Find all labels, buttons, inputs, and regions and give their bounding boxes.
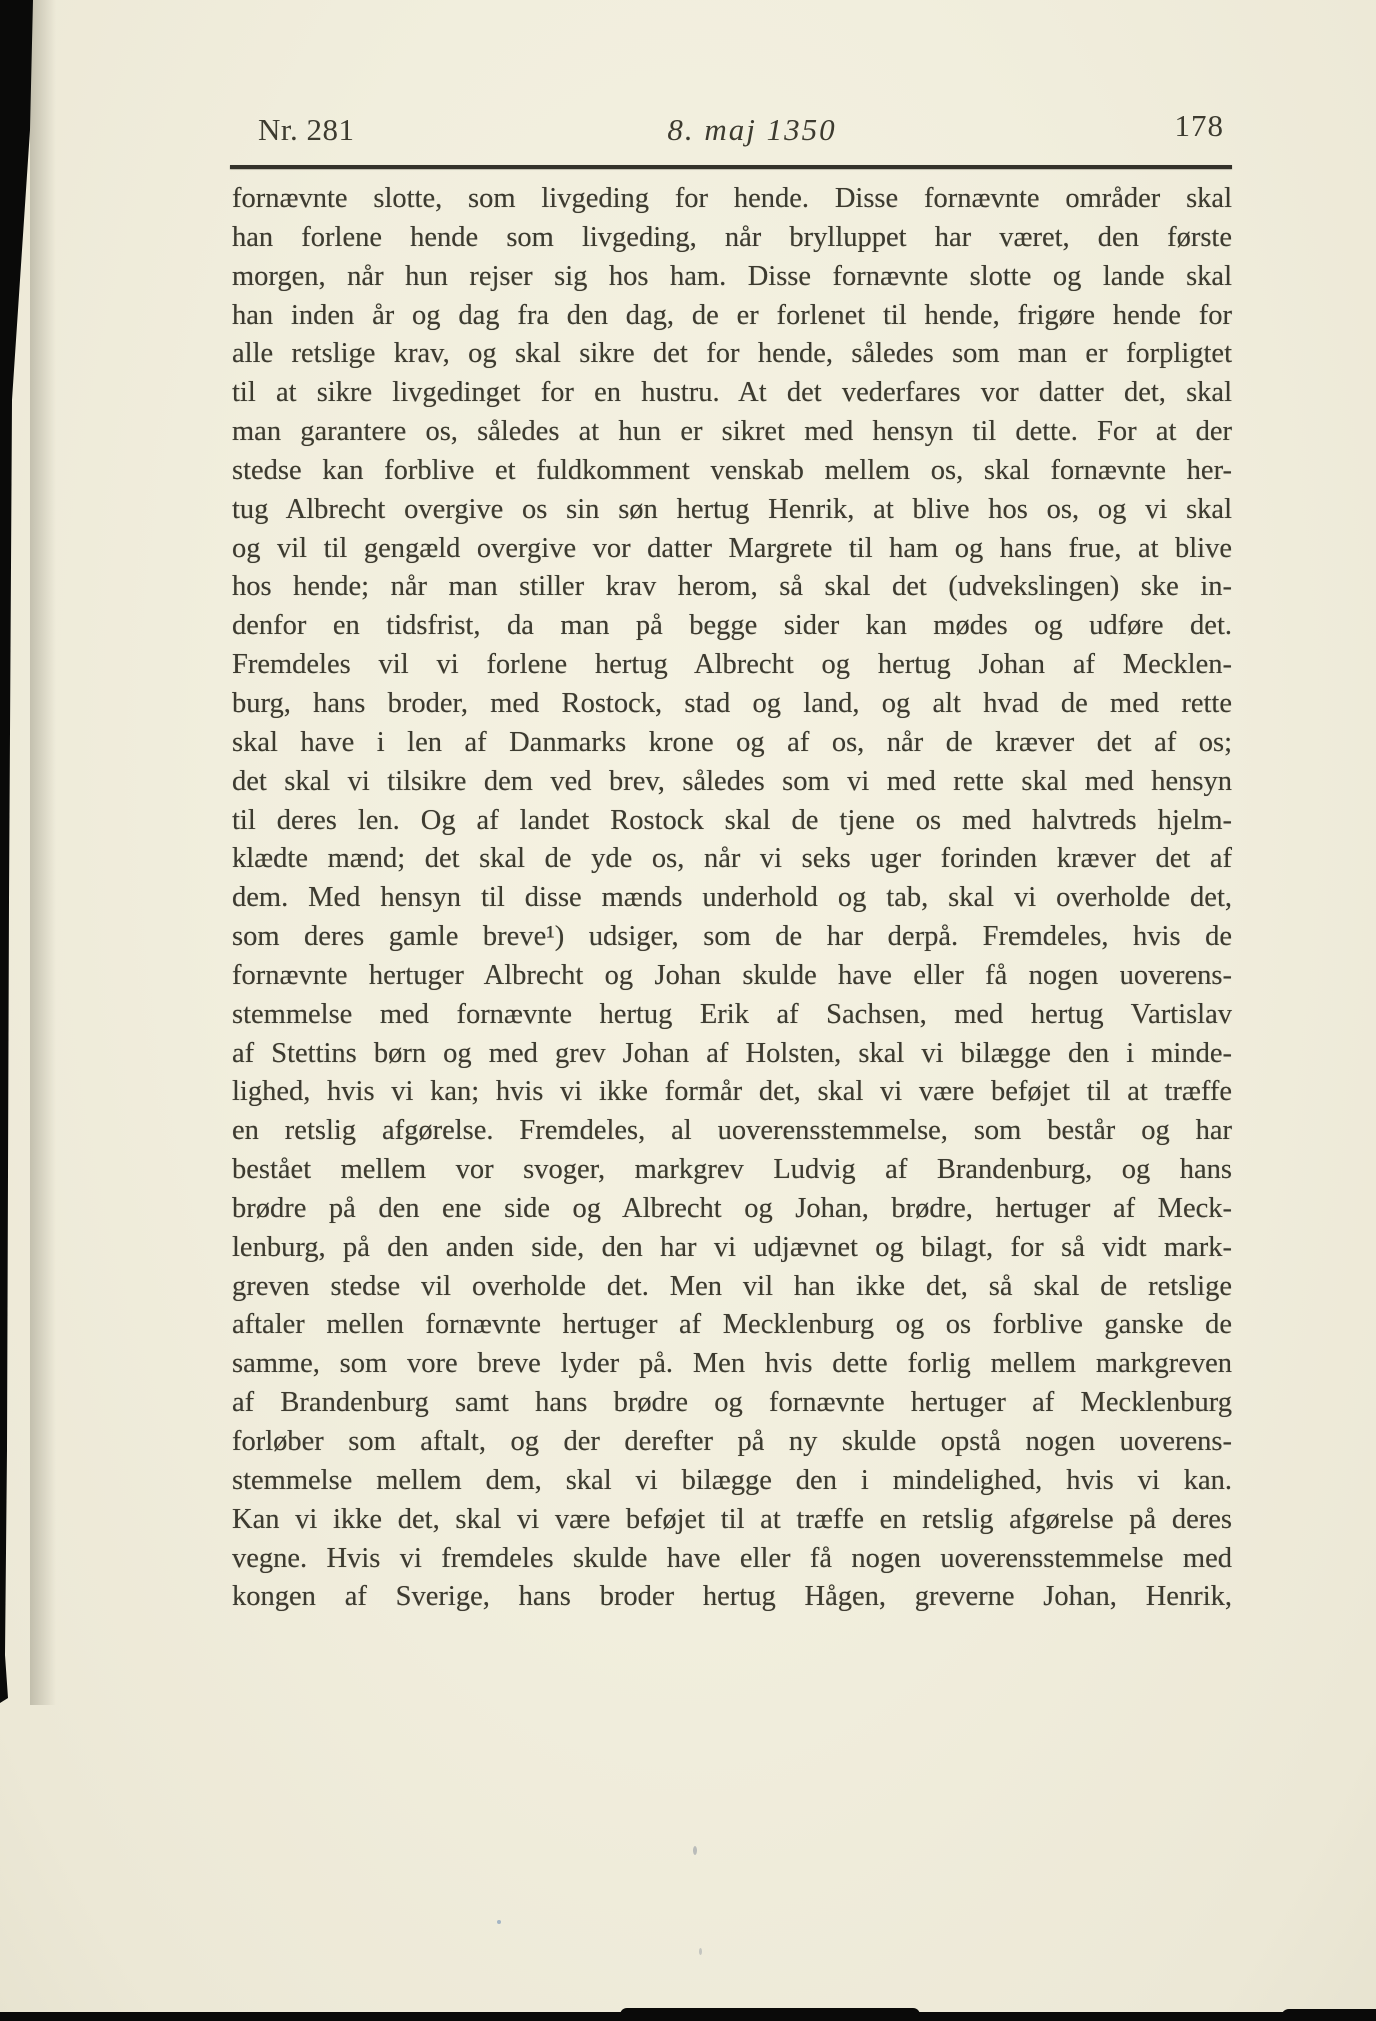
scan-edge-bottom-right <box>1281 2009 1376 2021</box>
scan-edge-bottom-bump <box>620 2008 920 2021</box>
text-line: denfor en tidsfrist, da man på begge sid… <box>232 607 1232 646</box>
text-line: skal have i len af Danmarks krone og af … <box>232 724 1232 763</box>
text-line: man garantere os, således at hun er sikr… <box>232 413 1232 452</box>
scan-speck <box>693 1846 697 1855</box>
text-line: fornævnte hertuger Albrecht og Johan sku… <box>232 957 1232 996</box>
text-line: af Stettins børn og med grev Johan af Ho… <box>232 1035 1232 1074</box>
text-line: burg, hans broder, med Rostock, stad og … <box>232 685 1232 724</box>
page-number: 178 <box>1175 108 1225 144</box>
text-line: Fremdeles vil vi forlene hertug Albrecht… <box>232 646 1232 685</box>
text-line: hos hende; når man stiller krav herom, s… <box>232 568 1232 607</box>
scan-speck <box>699 1948 702 1955</box>
text-line: aftaler mellen fornævnte hertuger af Mec… <box>232 1306 1232 1345</box>
text-line: han forlene hende som livgeding, når bry… <box>232 219 1232 258</box>
text-line: det skal vi tilsikre dem ved brev, såled… <box>232 763 1232 802</box>
document-number: Nr. 281 <box>258 112 355 148</box>
text-line: og vil til gengæld overgive vor datter M… <box>232 530 1232 569</box>
text-line: kongen af Sverige, hans broder hertug Hå… <box>232 1578 1232 1617</box>
text-line: han inden år og dag fra den dag, de er f… <box>232 297 1232 336</box>
text-line: tug Albrecht overgive os sin søn hertug … <box>232 491 1232 530</box>
text-line: stedse kan forblive et fuldkomment vensk… <box>232 452 1232 491</box>
scan-speck <box>497 1920 501 1924</box>
scanned-book-page: Nr. 281 8. maj 1350 178 fornævnte slotte… <box>0 0 1376 2021</box>
text-line: som deres gamle breve¹) udsiger, som de … <box>232 918 1232 957</box>
text-line: morgen, når hun rejser sig hos ham. Diss… <box>232 258 1232 297</box>
text-line: greven stedse vil overholde det. Men vil… <box>232 1268 1232 1307</box>
text-line: brødre på den ene side og Albrecht og Jo… <box>232 1190 1232 1229</box>
text-line: klædte mænd; det skal de yde os, når vi … <box>232 840 1232 879</box>
body-text: fornævnte slotte, som livgeding for hend… <box>232 180 1232 1617</box>
text-line: vegne. Hvis vi fremdeles skulde have ell… <box>232 1540 1232 1579</box>
text-line: stemmelse med fornævnte hertug Erik af S… <box>232 996 1232 1035</box>
text-line: Kan vi ikke det, skal vi være beføjet ti… <box>232 1501 1232 1540</box>
text-line: alle retslige krav, og skal sikre det fo… <box>232 335 1232 374</box>
text-line: til deres len. Og af landet Rostock skal… <box>232 802 1232 841</box>
text-line: lenburg, på den anden side, den har vi u… <box>232 1229 1232 1268</box>
document-date: 8. maj 1350 <box>667 112 836 148</box>
page-edge-shadow <box>30 0 56 1705</box>
text-line: forløber som aftalt, og der derefter på … <box>232 1423 1232 1462</box>
text-line: samme, som vore breve lyder på. Men hvis… <box>232 1345 1232 1384</box>
text-line: en retslig afgørelse. Fremdeles, al uove… <box>232 1112 1232 1151</box>
text-line: dem. Med hensyn til disse mænds underhol… <box>232 879 1232 918</box>
text-line: bestået mellem vor svoger, markgrev Ludv… <box>232 1151 1232 1190</box>
text-line: stemmelse mellem dem, skal vi bilægge de… <box>232 1462 1232 1501</box>
text-line: lighed, hvis vi kan; hvis vi ikke formår… <box>232 1073 1232 1112</box>
text-line: til at sikre livgedinget for en hustru. … <box>232 374 1232 413</box>
text-line: af Brandenburg samt hans brødre og fornæ… <box>232 1384 1232 1423</box>
page-header: Nr. 281 8. maj 1350 178 <box>232 112 1232 156</box>
text-line: fornævnte slotte, som livgeding for hend… <box>232 180 1232 219</box>
header-rule <box>230 165 1232 169</box>
